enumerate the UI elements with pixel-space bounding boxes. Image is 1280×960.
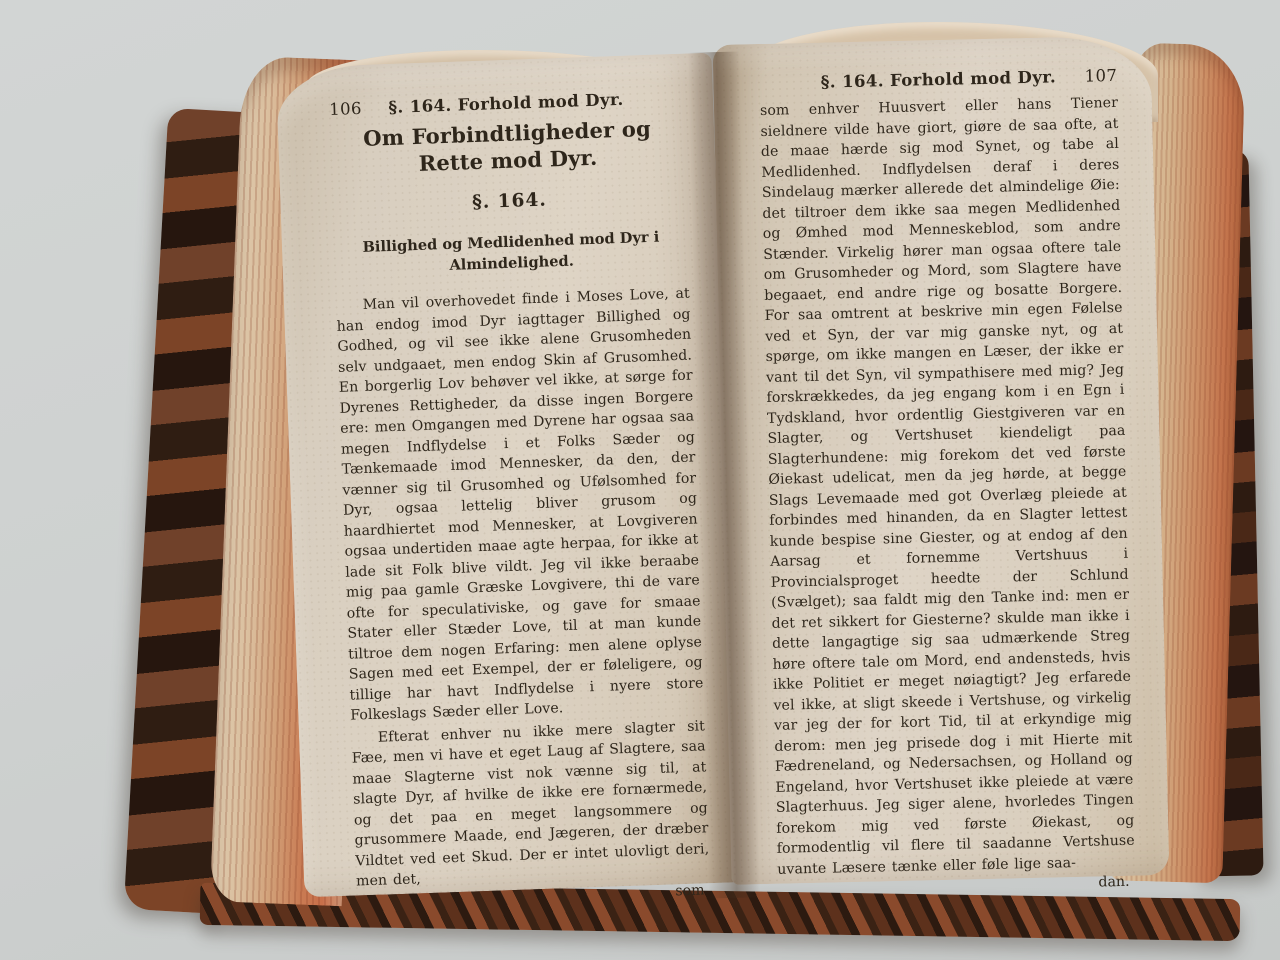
- section-heading: §. 164.: [332, 184, 687, 217]
- page-number-left: 106: [329, 98, 389, 119]
- paragraph: som enhver Huusvert eller hans Tiener si…: [760, 93, 1136, 880]
- header-spacer: [624, 103, 683, 105]
- chapter-title: Om Forbindtligheder og Rette mod Dyr.: [336, 115, 680, 181]
- section-subheading: Billighed og Medlidenhed mod Dyr i Almin…: [338, 225, 685, 279]
- right-page-header: §. 164. Forhold mod Dyr. 107: [759, 66, 1117, 93]
- paragraph: Man vil overhovedet finde i Moses Love, …: [336, 284, 705, 727]
- left-page-body: Man vil overhovedet finde i Moses Love, …: [336, 284, 711, 892]
- left-page-header: 106 §. 164. Forhold mod Dyr.: [329, 88, 683, 119]
- right-page: §. 164. Forhold mod Dyr. 107 som enhver …: [713, 35, 1170, 885]
- right-page-body: som enhver Huusvert eller hans Tiener si…: [760, 93, 1136, 880]
- photo-of-open-book: 106 §. 164. Forhold mod Dyr. Om Forbindt…: [0, 0, 1280, 960]
- paragraph: Efterat enhver nu ikke mere slagter sit …: [351, 716, 711, 892]
- running-header-left: §. 164. Forhold mod Dyr.: [388, 90, 624, 117]
- running-header-right: §. 164. Forhold mod Dyr.: [821, 67, 1057, 91]
- header-spacer: [760, 88, 821, 89]
- left-page: 106 §. 164. Forhold mod Dyr. Om Forbindt…: [276, 53, 741, 898]
- page-number-right: 107: [1056, 66, 1118, 86]
